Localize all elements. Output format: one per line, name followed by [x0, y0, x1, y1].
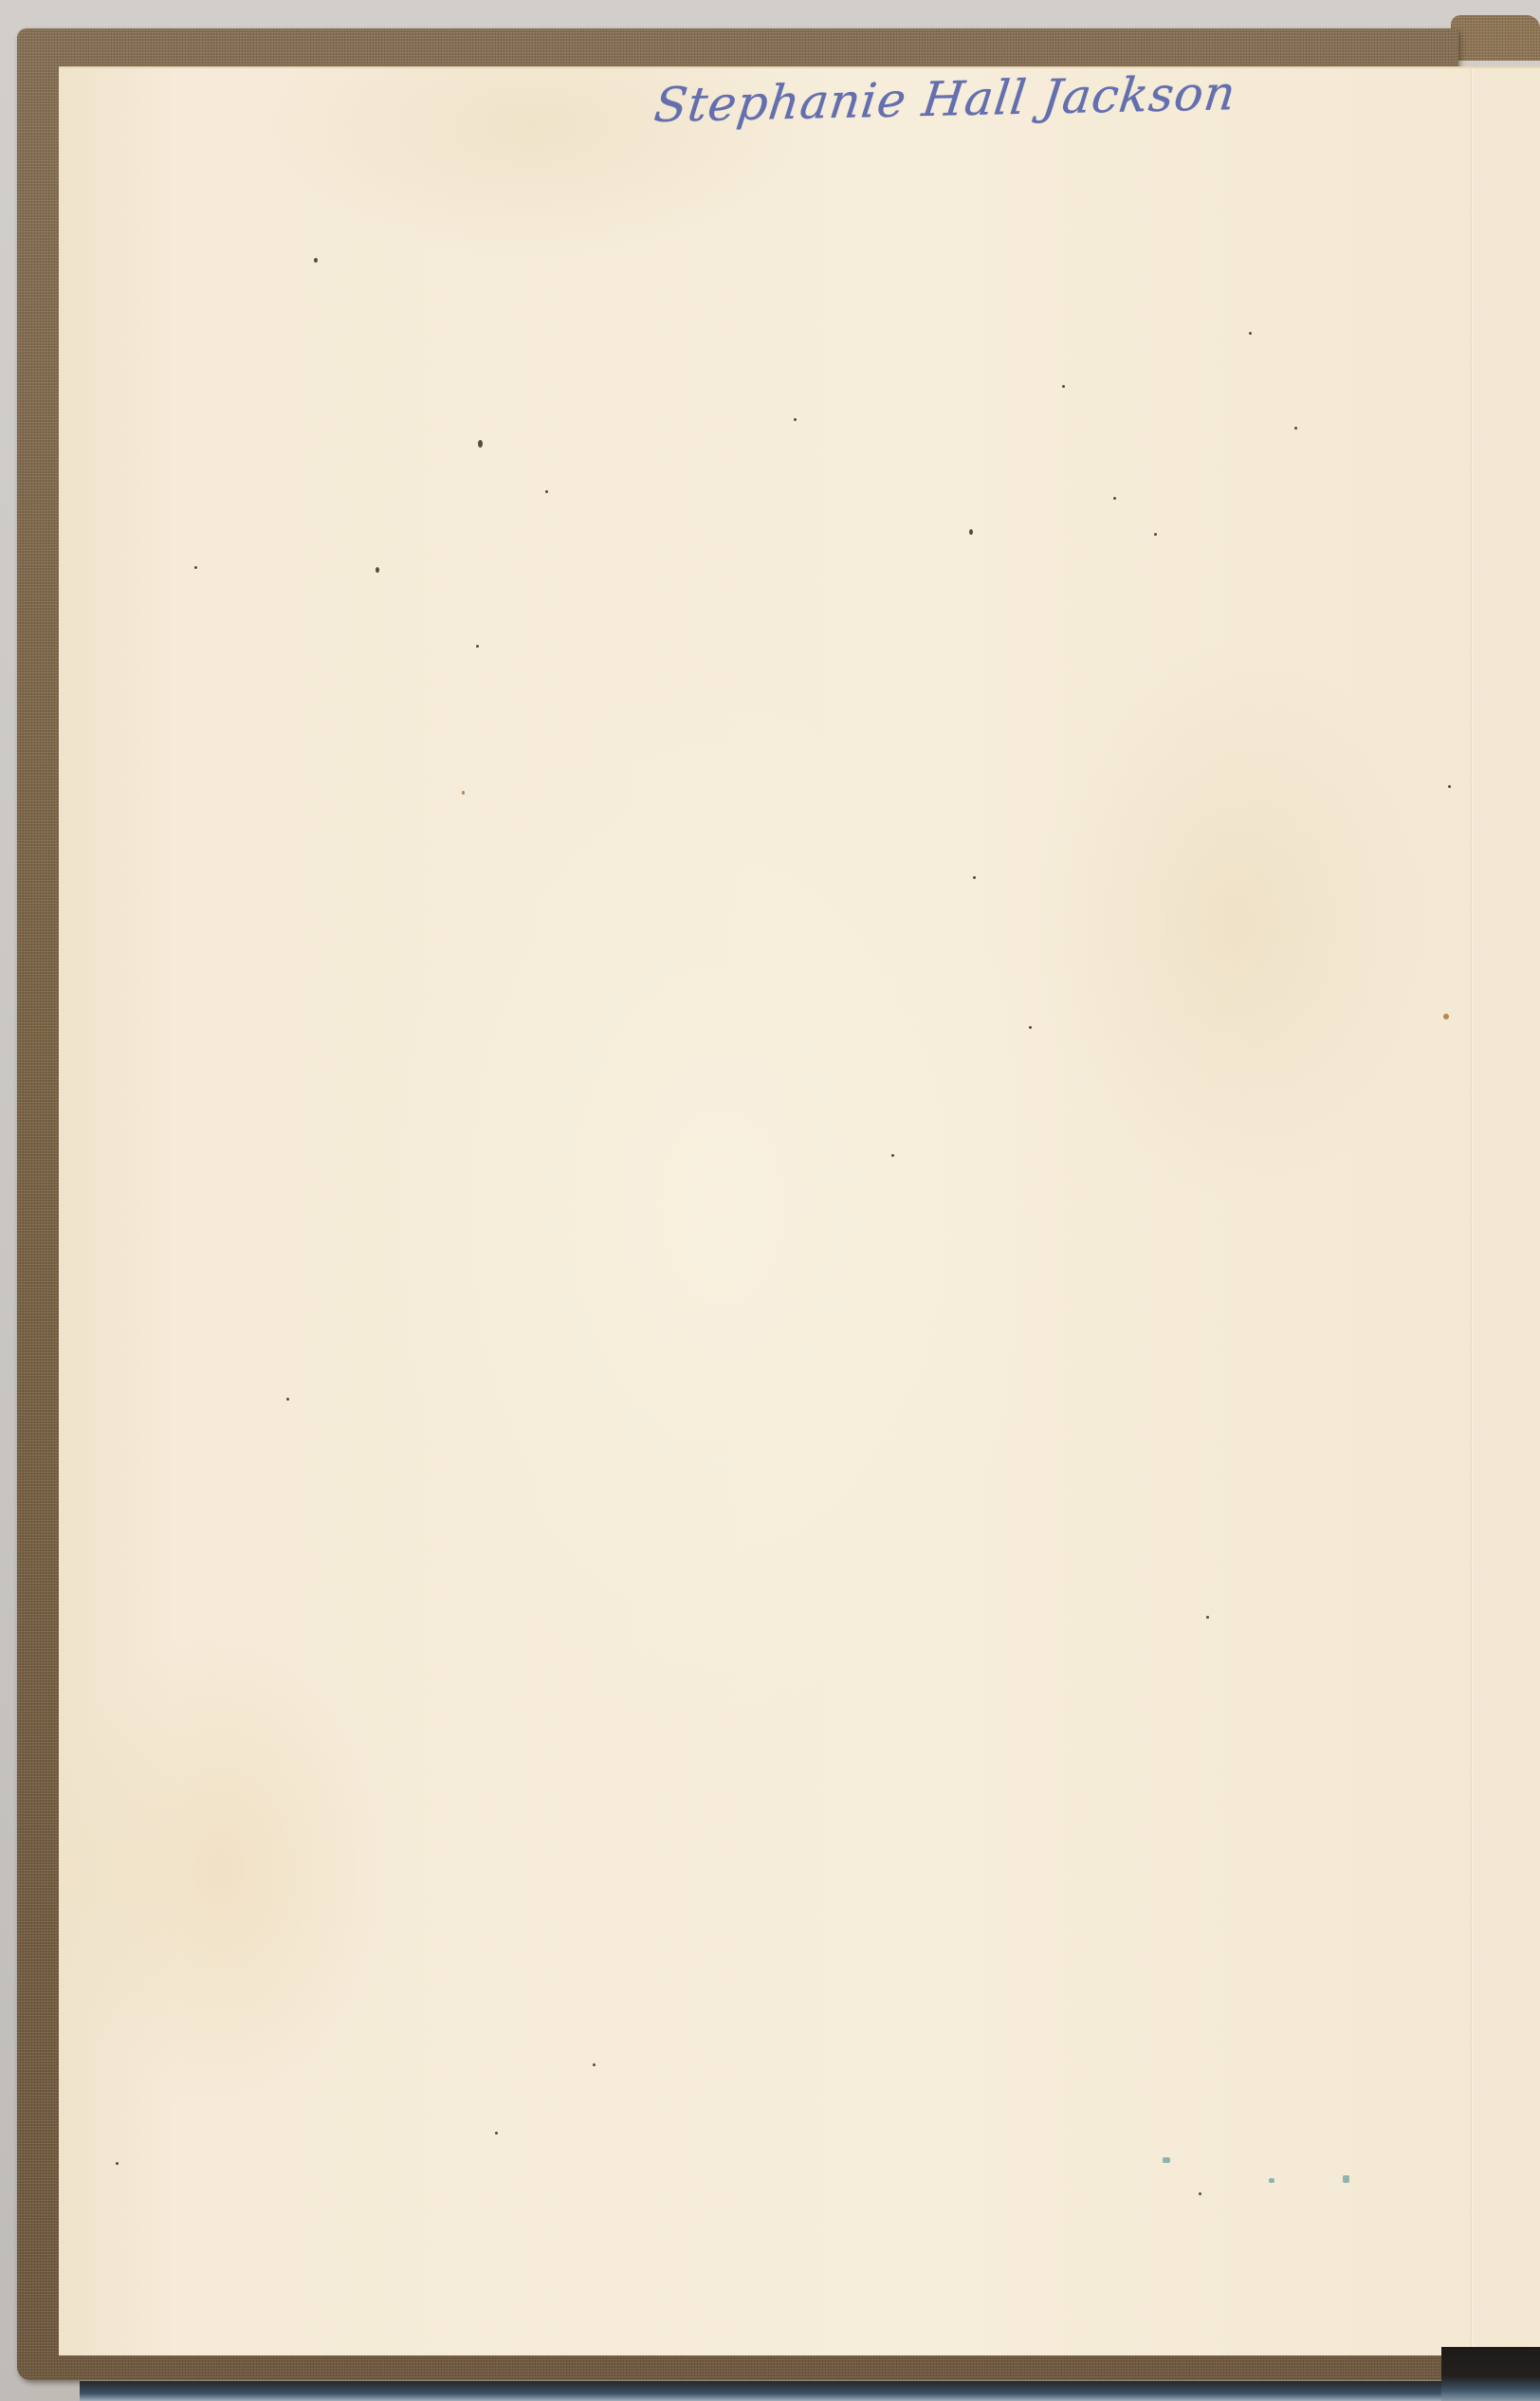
foxing-speck	[973, 876, 976, 879]
foxing-speck	[1154, 533, 1157, 536]
foxing-speck	[116, 2162, 119, 2165]
foxing-speck	[478, 440, 483, 448]
foxing-speck	[1029, 1026, 1032, 1029]
gutter-fold	[1470, 68, 1474, 2355]
foxing-speck	[194, 566, 197, 569]
ink-speck	[1343, 2175, 1349, 2183]
foxing-speck	[462, 791, 465, 795]
foxing-speck	[1206, 1616, 1209, 1619]
foxing-speck	[376, 567, 379, 573]
foxing-speck	[314, 258, 318, 263]
foxing-speck	[545, 490, 548, 493]
foxing-speck	[1199, 2192, 1201, 2195]
foxing-speck	[286, 1398, 289, 1401]
foxing-speck	[794, 418, 797, 421]
ink-speck	[1163, 2157, 1170, 2163]
foxing-speck	[1448, 785, 1451, 788]
scanner-shadow	[1441, 2347, 1540, 2401]
owner-signature: Stephanie Hall Jackson	[651, 65, 1239, 133]
foxing-speck	[969, 529, 973, 535]
ink-speck	[1269, 2178, 1274, 2183]
foxing-speck	[1113, 497, 1116, 500]
endpaper: Stephanie Hall Jackson	[59, 66, 1540, 2355]
foxing-speck	[1294, 427, 1297, 430]
scanned-page: Y Stephanie Hall Jackson	[0, 0, 1540, 2401]
foxing-speck	[495, 2132, 498, 2135]
foxing-speck	[891, 1154, 894, 1157]
foxing-speck	[1443, 1014, 1449, 1019]
foxing-speck	[1249, 332, 1252, 335]
foxing-speck	[593, 2063, 596, 2066]
spine-cloth	[1451, 15, 1540, 61]
foxing-speck	[476, 645, 479, 648]
foxing-speck	[1062, 385, 1065, 388]
